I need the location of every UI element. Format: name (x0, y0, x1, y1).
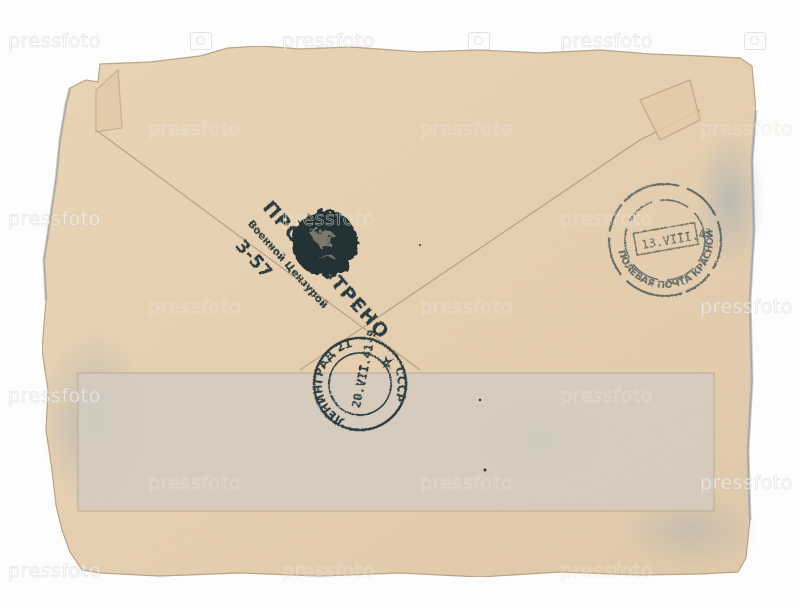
envelope-photo: ПРОСМОТРЕНО Военной Цензурой 3-57 ЛЕНИНГ… (0, 0, 800, 609)
scene: ПРОСМОТРЕНО Военной Цензурой 3-57 ЛЕНИНГ… (0, 0, 800, 609)
ink-blot (292, 210, 358, 276)
